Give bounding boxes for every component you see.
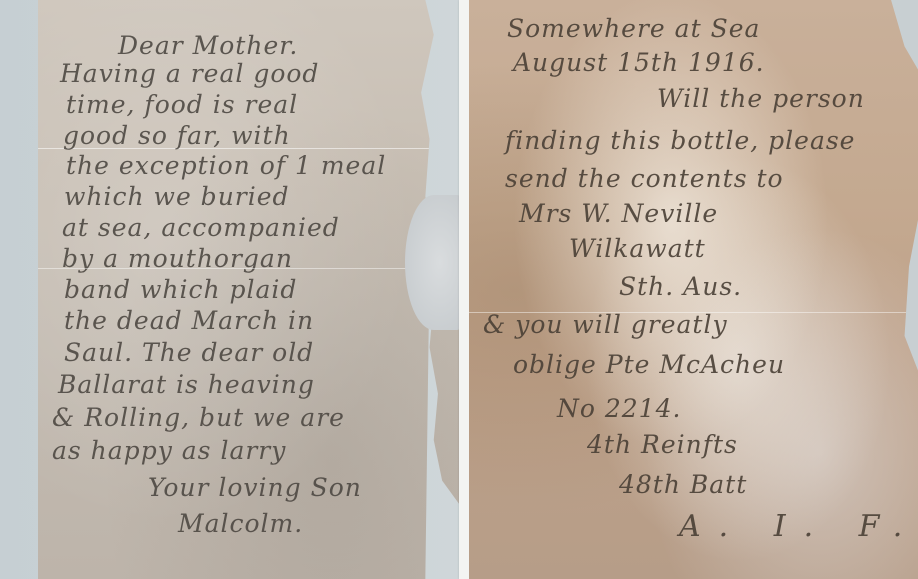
torn-paper-hole bbox=[405, 195, 463, 330]
date: August 15th 1916. bbox=[513, 46, 765, 79]
letter-line: good so far, with bbox=[63, 120, 291, 151]
letter-line: as happy as larry bbox=[52, 435, 286, 466]
letter-line: by a mouthorgan bbox=[62, 243, 293, 274]
letter-line: the exception of 1 meal bbox=[66, 150, 386, 181]
photo-scene: Dear Mother. Having a real good time, fo… bbox=[0, 0, 918, 579]
battalion: 48th Batt bbox=[619, 468, 747, 501]
reinforcement: 4th Reinfts bbox=[587, 428, 738, 461]
recipient-state: Sth. Aus. bbox=[619, 270, 742, 303]
letter-line: Having a real good bbox=[60, 58, 319, 89]
recipient-name: Mrs W. Neville bbox=[519, 197, 718, 230]
letter-line: band which plaid bbox=[64, 274, 297, 305]
signature: Malcolm. bbox=[178, 508, 303, 539]
photo-divider bbox=[459, 0, 469, 579]
service-number: No 2214. bbox=[557, 392, 681, 425]
letter-line: send the contents to bbox=[505, 162, 784, 195]
letter-line: the dead March in bbox=[64, 305, 314, 336]
force: A. I. F. bbox=[679, 510, 918, 543]
letter-line: Will the person bbox=[657, 82, 865, 115]
location: Somewhere at Sea bbox=[507, 12, 760, 45]
letter-line: Saul. The dear old bbox=[64, 337, 314, 368]
letter-line: which we buried bbox=[64, 181, 290, 212]
salutation: Dear Mother. bbox=[118, 30, 298, 61]
letter-line: oblige Pte McAcheu bbox=[513, 348, 785, 381]
closing: Your loving Son bbox=[148, 472, 362, 503]
letter-to-mother: Dear Mother. Having a real good time, fo… bbox=[38, 0, 459, 579]
letter-line: time, food is real bbox=[66, 89, 298, 120]
bottle-message: Somewhere at Sea August 15th 1916. Will … bbox=[469, 0, 918, 579]
letter-line: Ballarat is heaving bbox=[58, 369, 315, 400]
letter-line: & Rolling, but we are bbox=[52, 402, 345, 433]
recipient-town: Wilkawatt bbox=[569, 232, 706, 265]
letter-line: finding this bottle, please bbox=[505, 124, 855, 157]
letter-line: & you will greatly bbox=[483, 308, 728, 341]
letter-line: at sea, accompanied bbox=[62, 212, 340, 243]
